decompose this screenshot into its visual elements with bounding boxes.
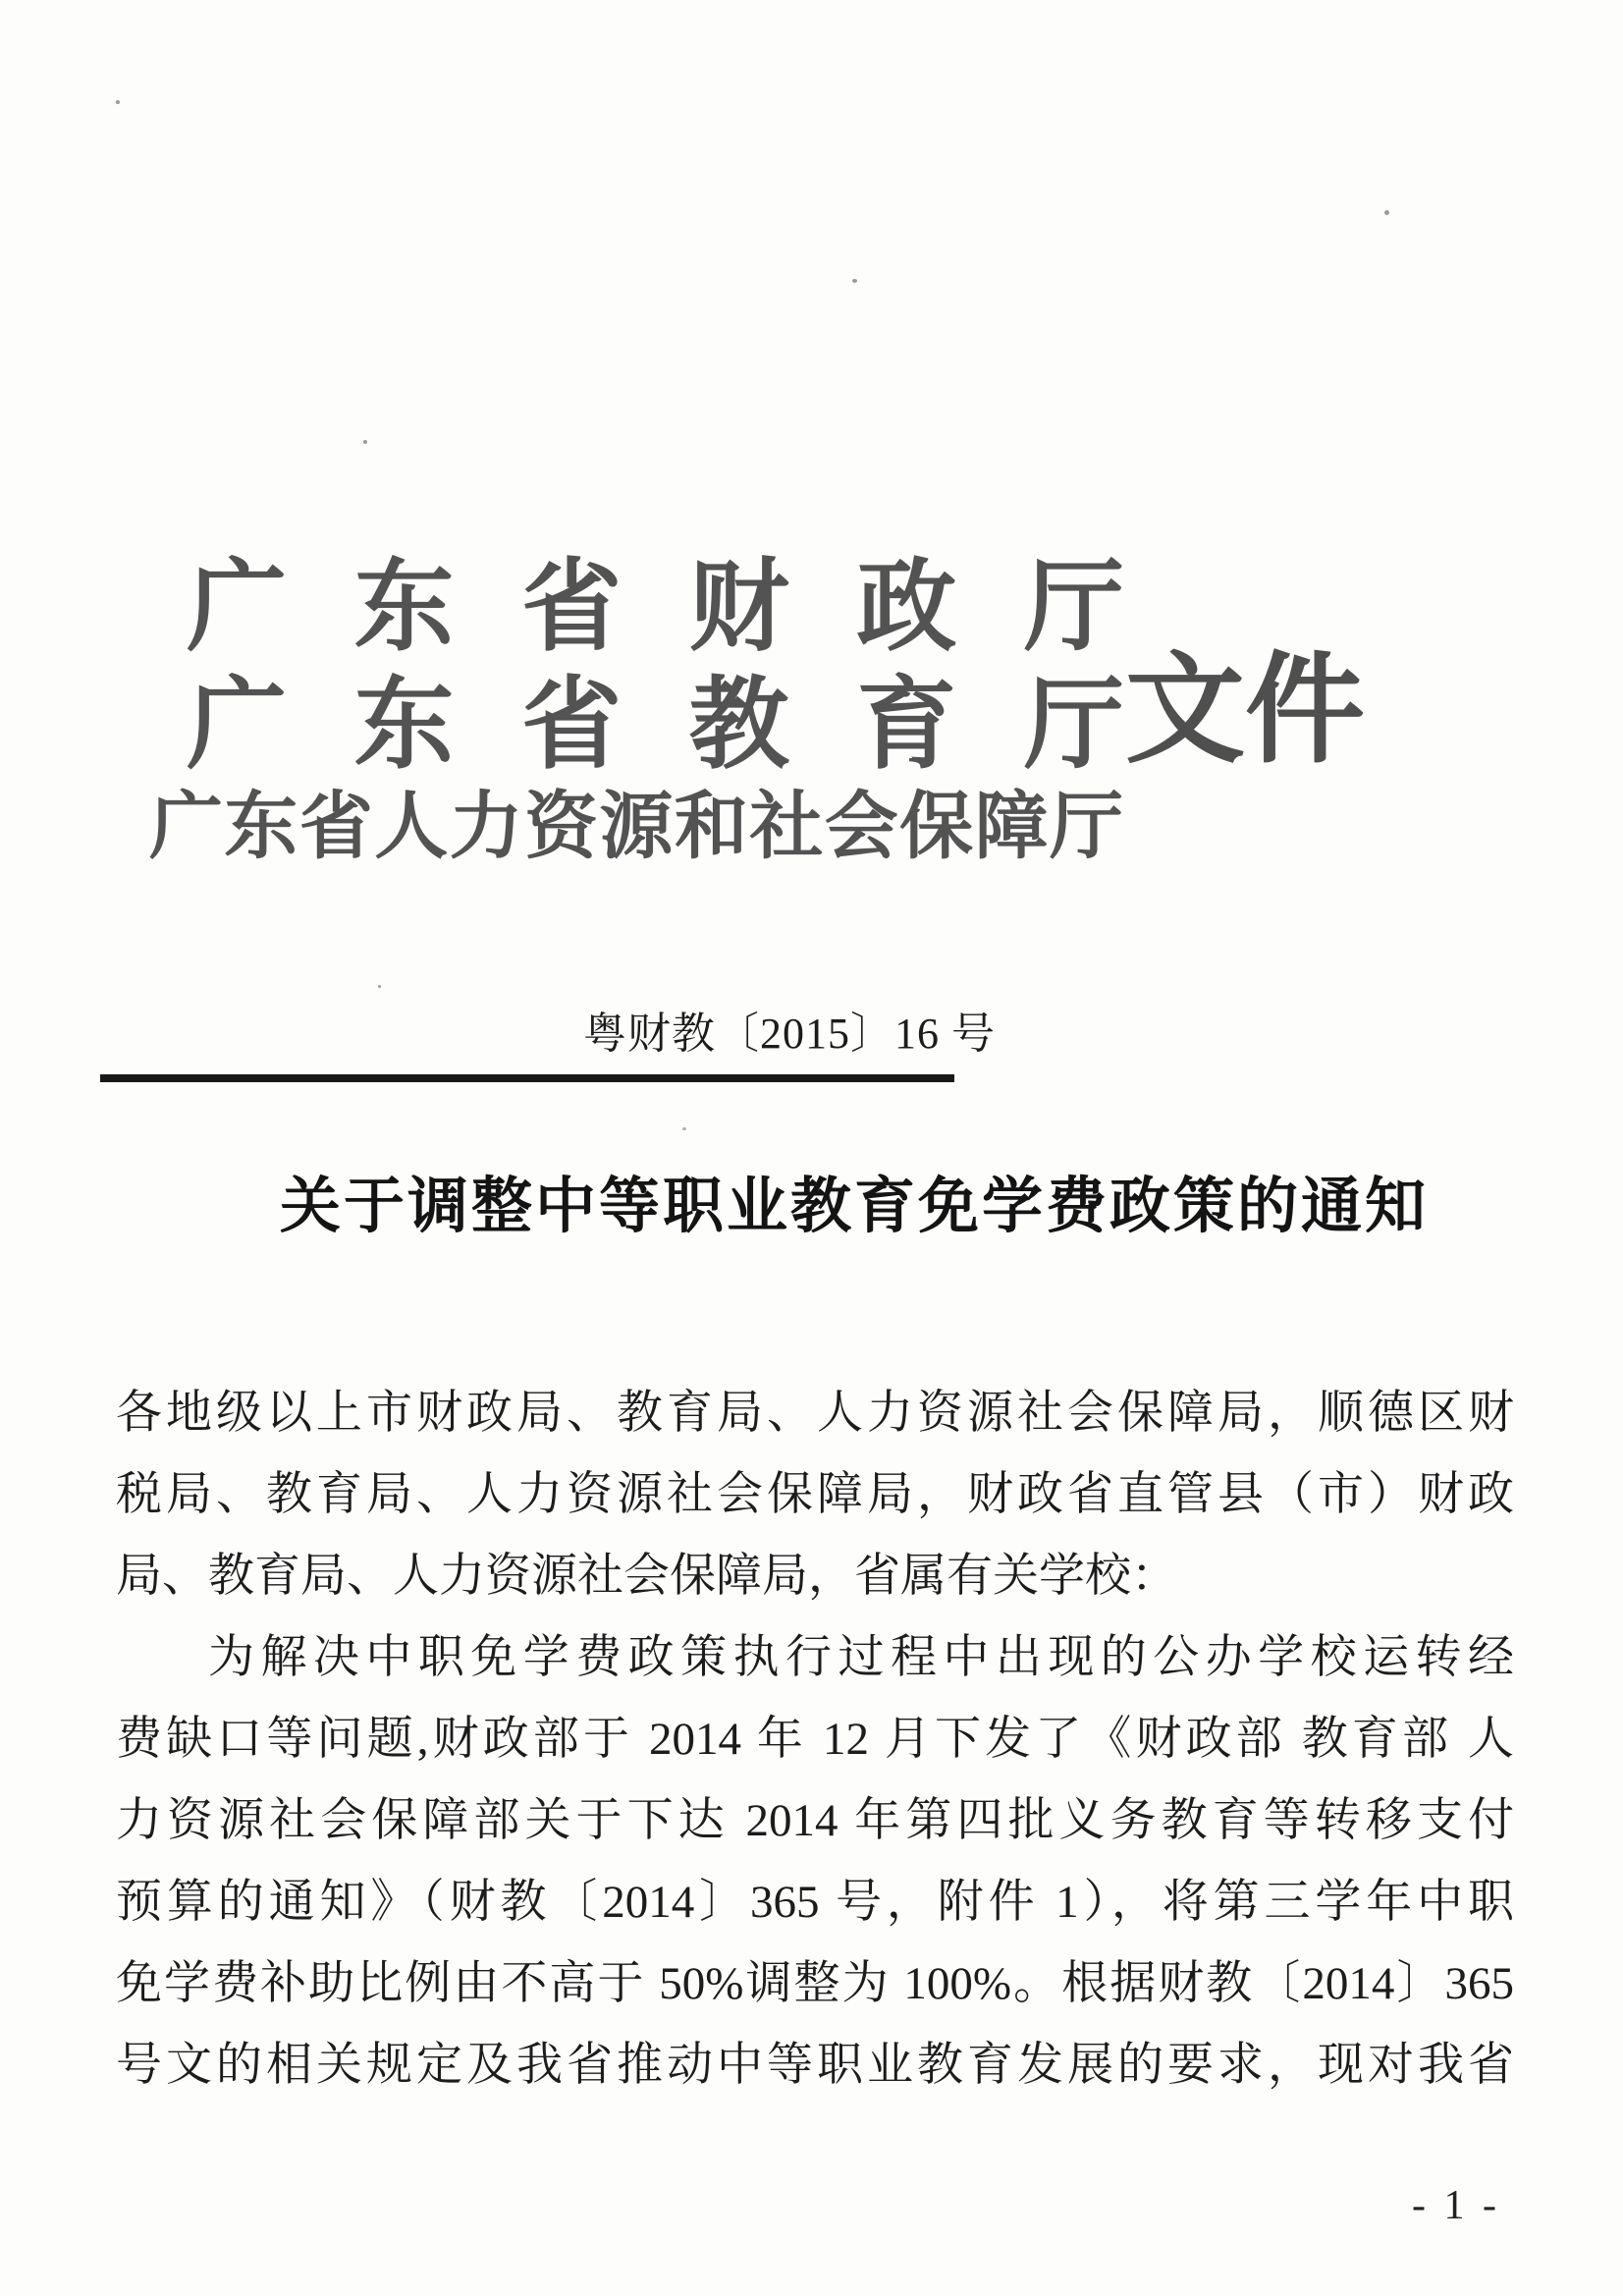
scan-speck: [682, 1127, 686, 1130]
document-page: 广东省财政厅 广东省教育厅 文件 广东省人力资源和社会保障厅 粤财教〔2015〕…: [0, 0, 1623, 2296]
letterhead-doc-type-label: 文件: [1125, 640, 1365, 784]
body-line: 税局、教育局、人力资源社会保障局，财政省直管县（市）财政: [116, 1454, 1514, 1536]
scan-speck: [378, 985, 381, 988]
body-line: 局、教育局、人力资源社会保障局，省属有关学校：: [116, 1536, 1514, 1617]
letterhead-org-line-1: 广东省财政厅: [187, 546, 1124, 672]
body-line: 费缺口等问题,财政部于 2014 年 12 月下发了《财政部 教育部 人: [116, 1699, 1514, 1780]
document-body: 各地级以上市财政局、教育局、人力资源社会保障局，顺德区财 税局、教育局、人力资源…: [116, 1373, 1514, 2106]
letterhead-org-line-3: 广东省人力资源和社会保障厅: [149, 782, 1123, 874]
body-line: 为解决中职免学费政策执行过程中出现的公办学校运转经: [116, 1617, 1514, 1699]
body-line: 各地级以上市财政局、教育局、人力资源社会保障局，顺德区财: [116, 1373, 1514, 1454]
doc-number: 粤财教〔2015〕16 号: [583, 998, 996, 1061]
scan-speck: [116, 100, 120, 104]
scan-speck: [852, 279, 857, 283]
scan-speck: [363, 440, 367, 444]
body-line: 号文的相关规定及我省推动中等职业教育发展的要求，现对我省: [116, 2025, 1514, 2106]
scan-speck: [1384, 210, 1389, 215]
separator-rule: [100, 1074, 954, 1082]
body-line: 预算的通知》（财教〔2014〕365 号，附件 1），将第三学年中职: [116, 1862, 1514, 1943]
document-title: 关于调整中等职业教育免学费政策的通知: [137, 1157, 1571, 1244]
body-line: 力资源社会保障部关于下达 2014 年第四批义务教育等转移支付: [116, 1780, 1514, 1862]
page-number: - 1 -: [1412, 2182, 1500, 2229]
letterhead-org-line-2: 广东省教育厅: [187, 664, 1124, 790]
body-line: 免学费补助比例由不高于 50%调整为 100%。根据财教〔2014〕365: [116, 1943, 1514, 2025]
